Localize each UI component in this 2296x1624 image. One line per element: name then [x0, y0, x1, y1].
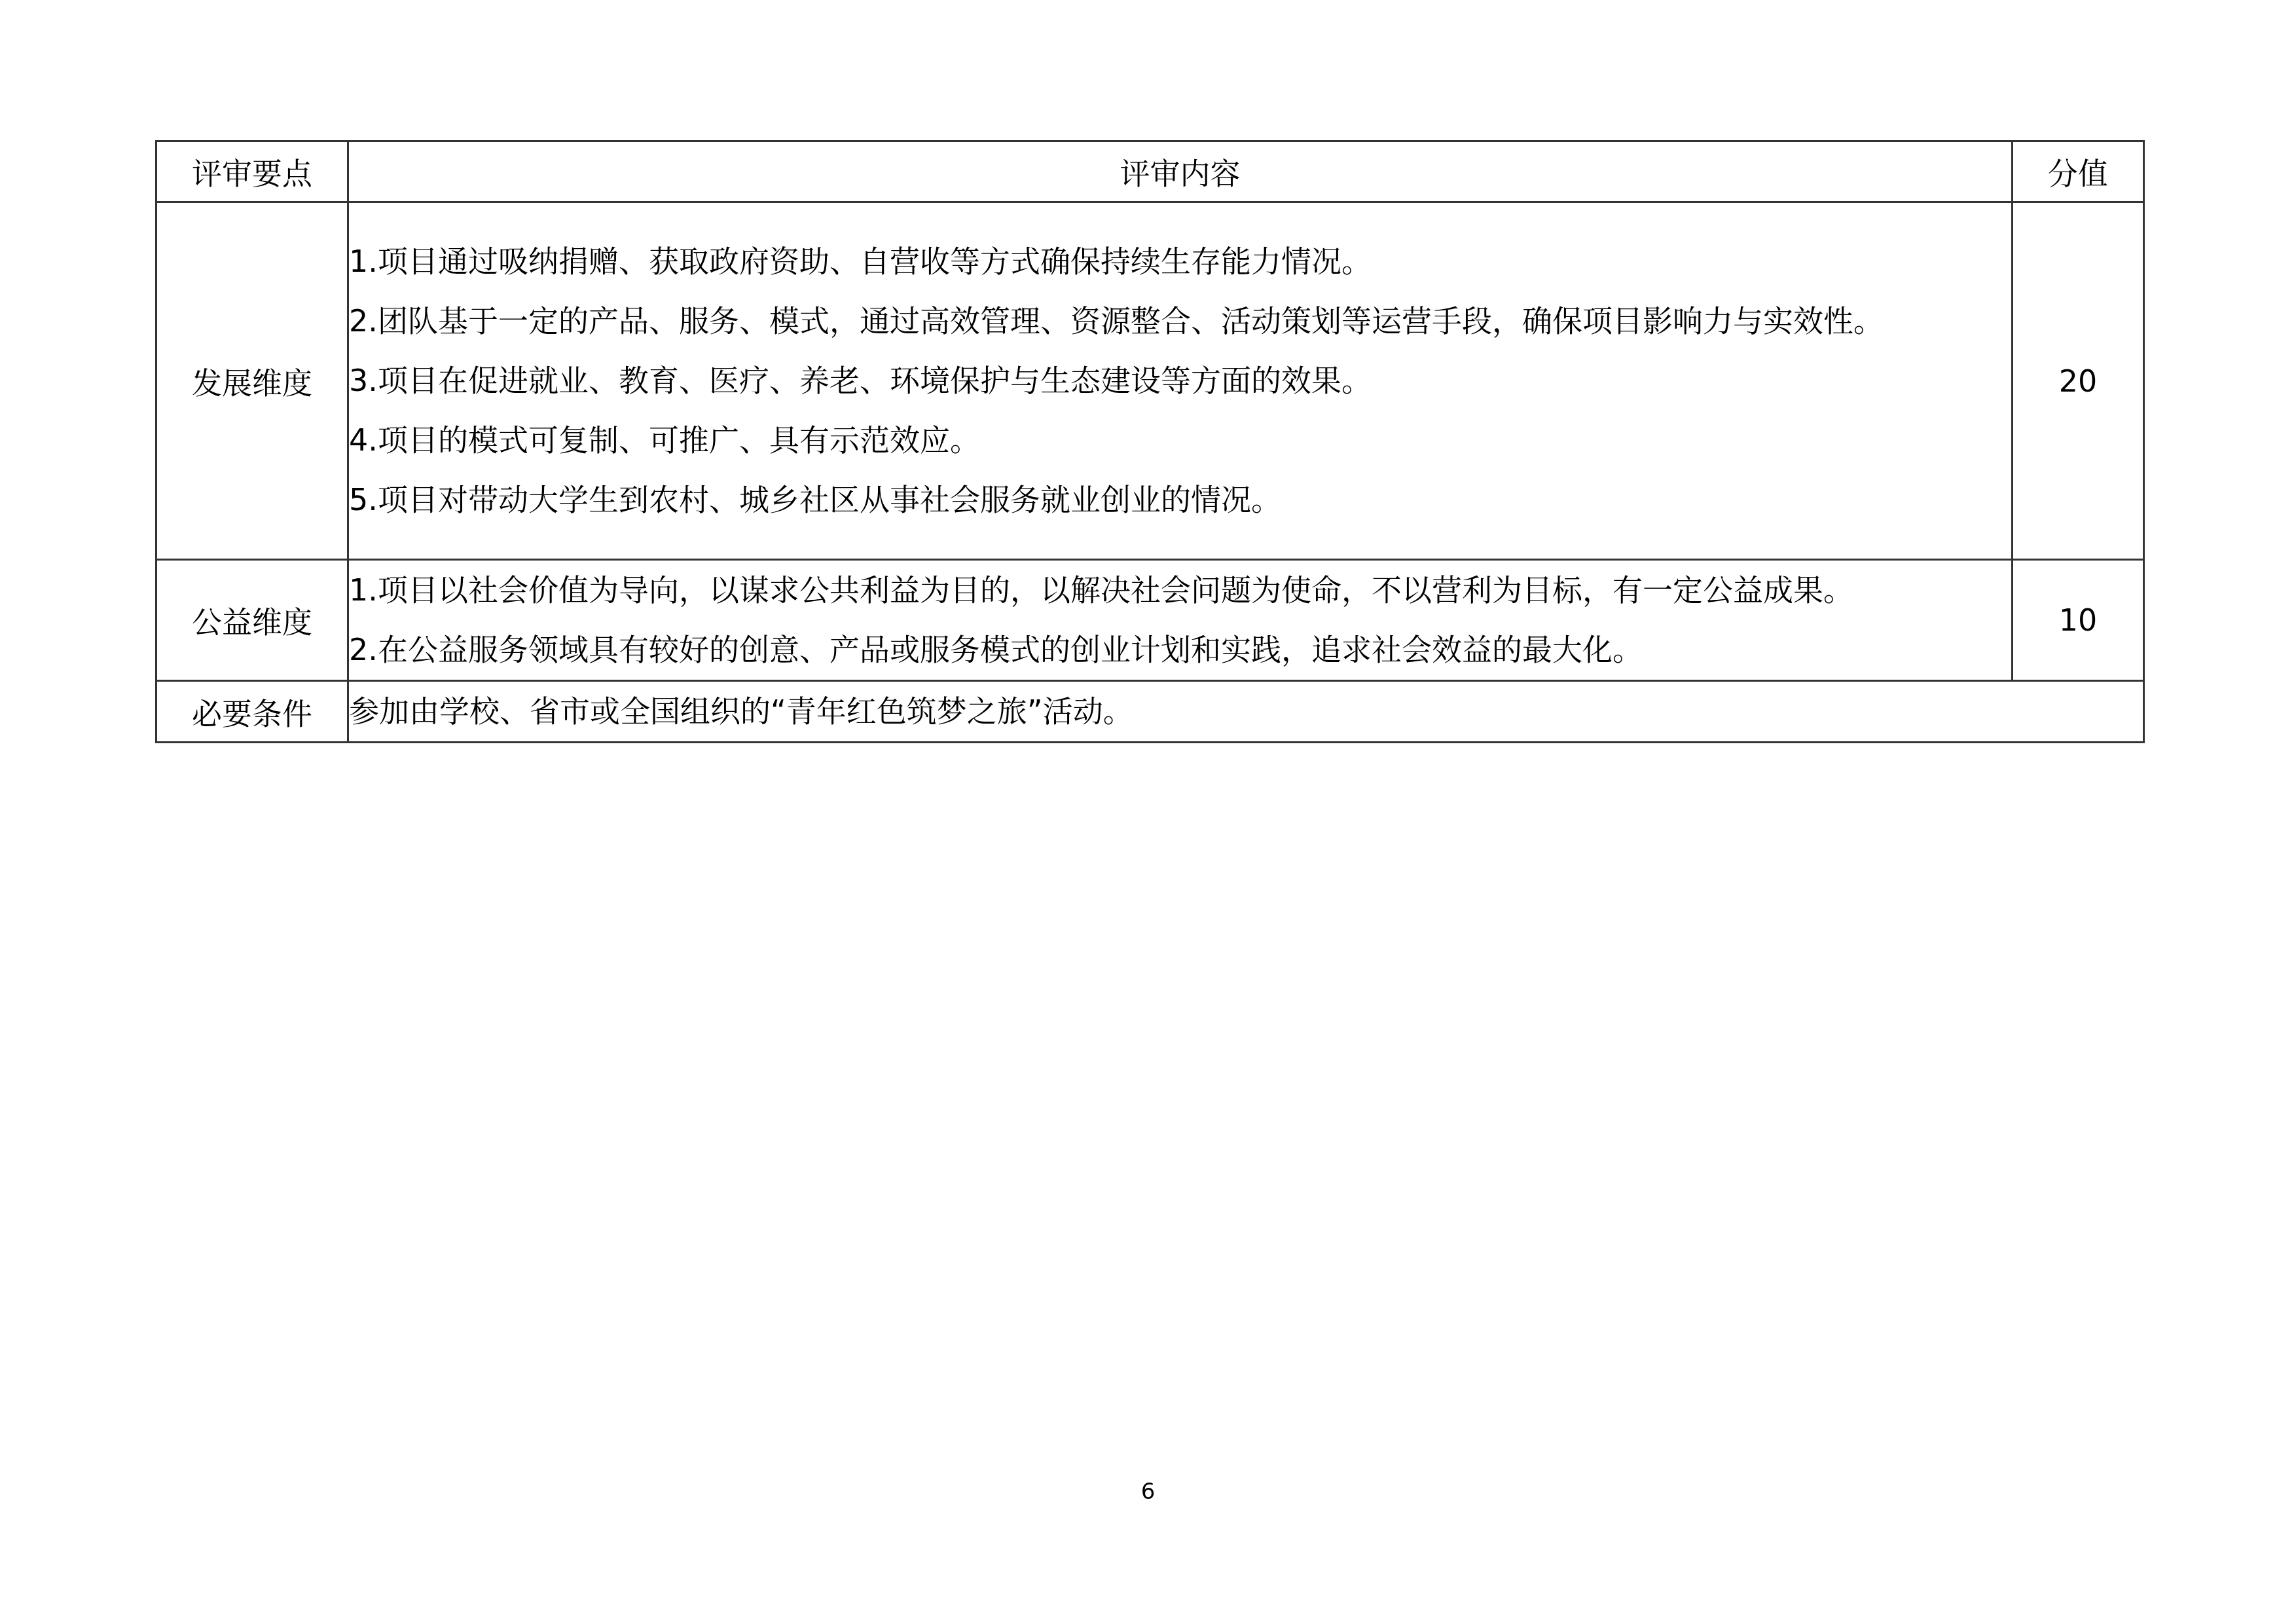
review-criteria-table: 评审要点 评审内容 分值 发展维度 1.项目通过吸纳捐赠、获取政府资助、自营收等…: [155, 140, 2145, 743]
content-line: 1.项目通过吸纳捐赠、获取政府资助、自营收等方式确保持续生存能力情况。: [349, 232, 2011, 291]
table-row-public-welfare: 公益维度 1.项目以社会价值为导向，以谋求公共利益为目的，以解决社会问题为使命，…: [156, 560, 2144, 681]
page-number: 6: [0, 1479, 2296, 1505]
table-header-row: 评审要点 评审内容 分值: [156, 141, 2144, 202]
review-content-cell: 1.项目以社会价值为导向，以谋求公共利益为目的，以解决社会问题为使命，不以营利为…: [348, 560, 2013, 681]
content-line: 1.项目以社会价值为导向，以谋求公共利益为目的，以解决社会问题为使命，不以营利为…: [349, 561, 2011, 620]
header-review-content: 评审内容: [348, 141, 2013, 202]
table-row-requirement: 必要条件 参加由学校、省市或全国组织的“青年红色筑梦之旅”活动。: [156, 681, 2144, 743]
content-line: 4.项目的模式可复制、可推广、具有示范效应。: [349, 411, 2011, 470]
content-line: 2.团队基于一定的产品、服务、模式，通过高效管理、资源整合、活动策划等运营手段，…: [349, 291, 2011, 351]
table-row-development: 发展维度 1.项目通过吸纳捐赠、获取政府资助、自营收等方式确保持续生存能力情况。…: [156, 202, 2144, 560]
content-line: 3.项目在促进就业、教育、医疗、养老、环境保护与生态建设等方面的效果。: [349, 351, 2011, 411]
score-cell: 20: [2013, 202, 2144, 560]
review-content-cell: 参加由学校、省市或全国组织的“青年红色筑梦之旅”活动。: [348, 681, 2144, 743]
document-page: 评审要点 评审内容 分值 发展维度 1.项目通过吸纳捐赠、获取政府资助、自营收等…: [0, 0, 2296, 1624]
review-point-cell: 发展维度: [156, 202, 348, 560]
review-point-cell: 公益维度: [156, 560, 348, 681]
review-point-cell: 必要条件: [156, 681, 348, 743]
content-line: 参加由学校、省市或全国组织的“青年红色筑梦之旅”活动。: [349, 682, 2143, 741]
score-cell: 10: [2013, 560, 2144, 681]
header-review-point: 评审要点: [156, 141, 348, 202]
review-content-cell: 1.项目通过吸纳捐赠、获取政府资助、自营收等方式确保持续生存能力情况。 2.团队…: [348, 202, 2013, 560]
content-line: 2.在公益服务领域具有较好的创意、产品或服务模式的创业计划和实践，追求社会效益的…: [349, 620, 2011, 680]
header-score: 分值: [2013, 141, 2144, 202]
content-line: 5.项目对带动大学生到农村、城乡社区从事社会服务就业创业的情况。: [349, 470, 2011, 530]
